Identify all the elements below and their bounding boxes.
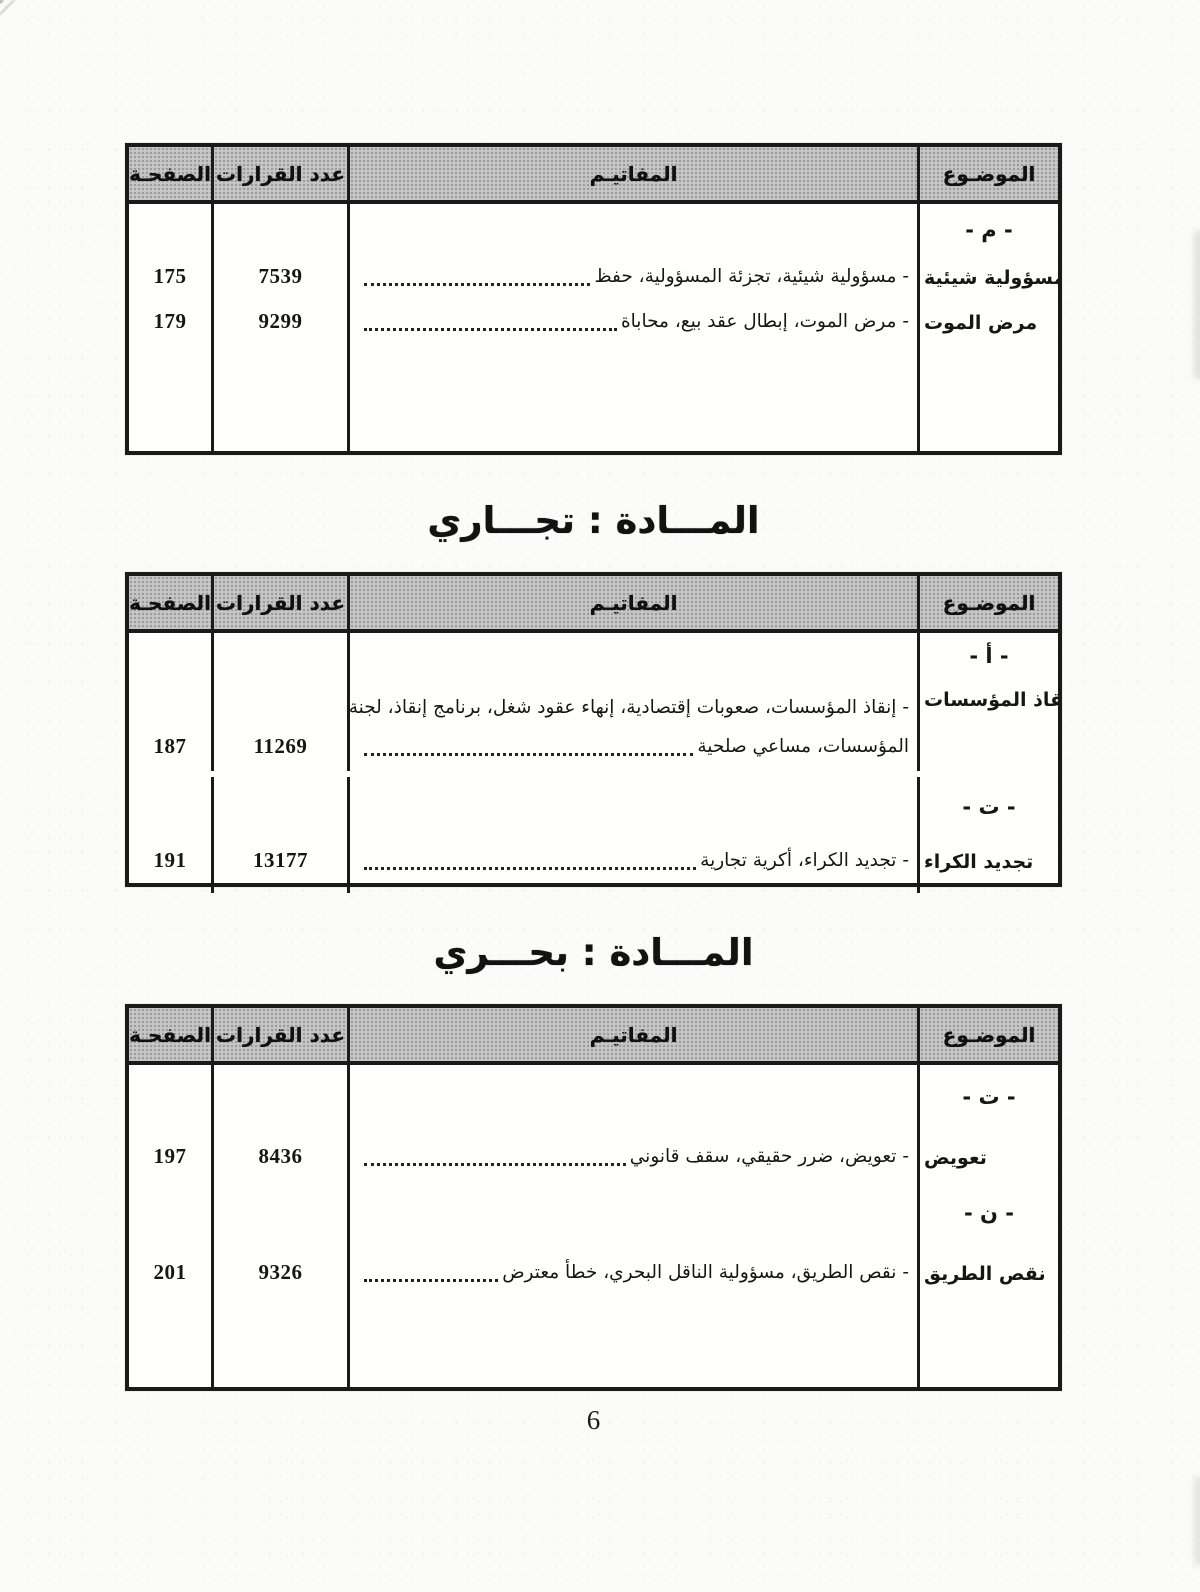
subject-cell: مسؤولية شيئية: [917, 256, 1058, 301]
table-header-row: الصفحـةعدد القراراتالمفاتيـمالموضـوع: [129, 147, 1058, 204]
page-cell: [129, 204, 211, 256]
filler-row: [129, 1297, 1058, 1387]
page-cell: 191: [129, 837, 211, 885]
column-header-keys: المفاتيـم: [347, 147, 917, 200]
page-cell: [129, 777, 211, 837]
entry-row: 19113177- تجديد الكراء، أكرية تجاريةتجدي…: [129, 837, 1058, 885]
table-header-row: الصفحـةعدد القراراتالمفاتيـمالموضـوع: [129, 576, 1058, 633]
filler-cell: [347, 346, 917, 451]
keys-cell: - إنقاذ المؤسسات، صعوبات إقتصادية، إنهاء…: [347, 679, 917, 771]
page-cell: 187: [129, 679, 211, 771]
decisions-cell: 8436: [211, 1129, 347, 1181]
page-cell: [129, 633, 211, 679]
subject-cell: - أ -: [917, 633, 1058, 679]
keys-cell: - مسؤولية شيئية، تجزئة المسؤولية، حفظ: [347, 256, 917, 301]
keys-text: - تجديد الكراء، أكرية تجارية: [700, 848, 909, 875]
keys-line: - مرض الموت، إبطال عقد بيع، محاباة: [362, 309, 909, 336]
entry-row: 1978436- تعويض، ضرر حقيقي، سقف قانونيتعو…: [129, 1129, 1058, 1181]
filler-cell: [347, 1297, 917, 1387]
decisions-cell: 13177: [211, 837, 347, 885]
entry-row: 18711269- إنقاذ المؤسسات، صعوبات إقتصادي…: [129, 679, 1058, 771]
keys-cell: [347, 1065, 917, 1129]
decisions-cell: 9299: [211, 301, 347, 346]
column-header-page: الصفحـة: [129, 576, 211, 629]
column-header-subject: الموضـوع: [917, 147, 1058, 200]
keys-text: - تعويض، ضرر حقيقي، سقف قانوني: [630, 1144, 909, 1171]
subject-cell: - ت -: [917, 1065, 1058, 1129]
keys-cell: - نقص الطريق، مسؤولية الناقل البحري، خطأ…: [347, 1245, 917, 1297]
keys-cell: - تجديد الكراء، أكرية تجارية: [347, 837, 917, 885]
section-title: المـــادة : تجـــاري: [125, 499, 1062, 542]
keys-line: - تعويض، ضرر حقيقي، سقف قانوني: [362, 1144, 909, 1171]
keys-text: المؤسسات، مساعي صلحية: [697, 734, 909, 761]
page-cell: 179: [129, 301, 211, 346]
index-sections: الصفحـةعدد القراراتالمفاتيـمالموضـوع- م …: [0, 143, 1200, 1391]
column-header-keys: المفاتيـم: [347, 576, 917, 629]
entry-row: 2019326- نقص الطريق، مسؤولية الناقل البح…: [129, 1245, 1058, 1297]
table-body: - ت -1978436- تعويض، ضرر حقيقي، سقف قانو…: [129, 1065, 1058, 1387]
letter-row: - ت -: [129, 771, 1058, 837]
subject-cell: نقص الطريق: [917, 1245, 1058, 1297]
page-number: 6: [125, 1405, 1062, 1436]
subject-cell: مرض الموت: [917, 301, 1058, 346]
index-table: الصفحـةعدد القراراتالمفاتيـمالموضـوع- م …: [125, 143, 1062, 455]
entry-row: 1799299- مرض الموت، إبطال عقد بيع، محابا…: [129, 301, 1058, 346]
table-body: - م -1757539- مسؤولية شيئية، تجزئة المسؤ…: [129, 204, 1058, 451]
filler-cell: [129, 885, 211, 893]
subject-cell: تجديد الكراء: [917, 837, 1058, 885]
decisions-cell: 9326: [211, 1245, 347, 1297]
filler-cell: [211, 1297, 347, 1387]
page-cell: [129, 1065, 211, 1129]
filler-row: [129, 346, 1058, 451]
column-header-keys: المفاتيـم: [347, 1008, 917, 1061]
keys-cell: [347, 204, 917, 256]
decisions-cell: [211, 633, 347, 679]
keys-cell: [347, 633, 917, 679]
subject-cell: تعويض: [917, 1129, 1058, 1181]
subject-cell: - م -: [917, 204, 1058, 256]
column-header-page: الصفحـة: [129, 1008, 211, 1061]
table-body: - أ -18711269- إنقاذ المؤسسات، صعوبات إق…: [129, 633, 1058, 883]
letter-row: - أ -: [129, 633, 1058, 679]
decisions-cell: [211, 1181, 347, 1245]
keys-text: - إنقاذ المؤسسات، صعوبات إقتصادية، إنهاء…: [347, 695, 909, 722]
dot-leader: [364, 1163, 626, 1166]
filler-cell: [917, 885, 1058, 893]
scanned-document-page: الصفحـةعدد القراراتالمفاتيـمالموضـوع- م …: [0, 0, 1200, 1592]
column-header-decisions: عدد القرارات: [211, 1008, 347, 1061]
dot-leader: [364, 328, 617, 331]
subject-cell: - ت -: [917, 777, 1058, 837]
keys-text: - نقص الطريق، مسؤولية الناقل البحري، خطأ…: [502, 1260, 909, 1287]
column-header-subject: الموضـوع: [917, 1008, 1058, 1061]
decisions-cell: 7539: [211, 256, 347, 301]
page-cell: 197: [129, 1129, 211, 1181]
dot-leader: [364, 753, 693, 756]
keys-line: - مسؤولية شيئية، تجزئة المسؤولية، حفظ: [362, 264, 909, 291]
filler-row: [129, 885, 1058, 893]
decisions-cell: 11269: [211, 679, 347, 771]
keys-cell: [347, 1181, 917, 1245]
index-table: الصفحـةعدد القراراتالمفاتيـمالموضـوع- ت …: [125, 1004, 1062, 1391]
entry-row: 1757539- مسؤولية شيئية، تجزئة المسؤولية،…: [129, 256, 1058, 301]
filler-cell: [917, 346, 1058, 451]
keys-cell: - تعويض، ضرر حقيقي، سقف قانوني: [347, 1129, 917, 1181]
scan-artifact-edge: [1194, 1476, 1200, 1566]
decisions-cell: [211, 1065, 347, 1129]
filler-cell: [129, 1297, 211, 1387]
column-header-page: الصفحـة: [129, 147, 211, 200]
letter-row: - ن -: [129, 1181, 1058, 1245]
column-header-decisions: عدد القرارات: [211, 576, 347, 629]
keys-line: - إنقاذ المؤسسات، صعوبات إقتصادية، إنهاء…: [362, 695, 909, 722]
column-header-decisions: عدد القرارات: [211, 147, 347, 200]
dot-leader: [364, 867, 696, 870]
section-title: المـــادة : بحـــري: [125, 931, 1062, 974]
page-cell: [129, 1181, 211, 1245]
filler-cell: [917, 1297, 1058, 1387]
keys-cell: [347, 777, 917, 837]
filler-cell: [211, 885, 347, 893]
keys-text: - مسؤولية شيئية، تجزئة المسؤولية، حفظ: [594, 264, 909, 291]
decisions-cell: [211, 777, 347, 837]
filler-cell: [211, 346, 347, 451]
filler-cell: [347, 885, 917, 893]
page-cell: 201: [129, 1245, 211, 1297]
keys-line: - تجديد الكراء، أكرية تجارية: [362, 848, 909, 875]
dot-leader: [364, 1279, 498, 1282]
scan-artifact-corner: [0, 0, 46, 40]
keys-text: - مرض الموت، إبطال عقد بيع، محاباة: [621, 309, 909, 336]
keys-line: المؤسسات، مساعي صلحية: [362, 734, 909, 761]
filler-cell: [129, 346, 211, 451]
decisions-cell: [211, 204, 347, 256]
letter-row: - ت -: [129, 1065, 1058, 1129]
index-table: الصفحـةعدد القراراتالمفاتيـمالموضـوع- أ …: [125, 572, 1062, 887]
page-cell: 175: [129, 256, 211, 301]
dot-leader: [364, 283, 590, 286]
letter-row: - م -: [129, 204, 1058, 256]
subject-cell: - ن -: [917, 1181, 1058, 1245]
keys-cell: - مرض الموت، إبطال عقد بيع، محاباة: [347, 301, 917, 346]
subject-cell: إنقاذ المؤسسات: [917, 679, 1058, 771]
keys-line: - نقص الطريق، مسؤولية الناقل البحري، خطأ…: [362, 1260, 909, 1287]
column-header-subject: الموضـوع: [917, 576, 1058, 629]
table-header-row: الصفحـةعدد القراراتالمفاتيـمالموضـوع: [129, 1008, 1058, 1065]
